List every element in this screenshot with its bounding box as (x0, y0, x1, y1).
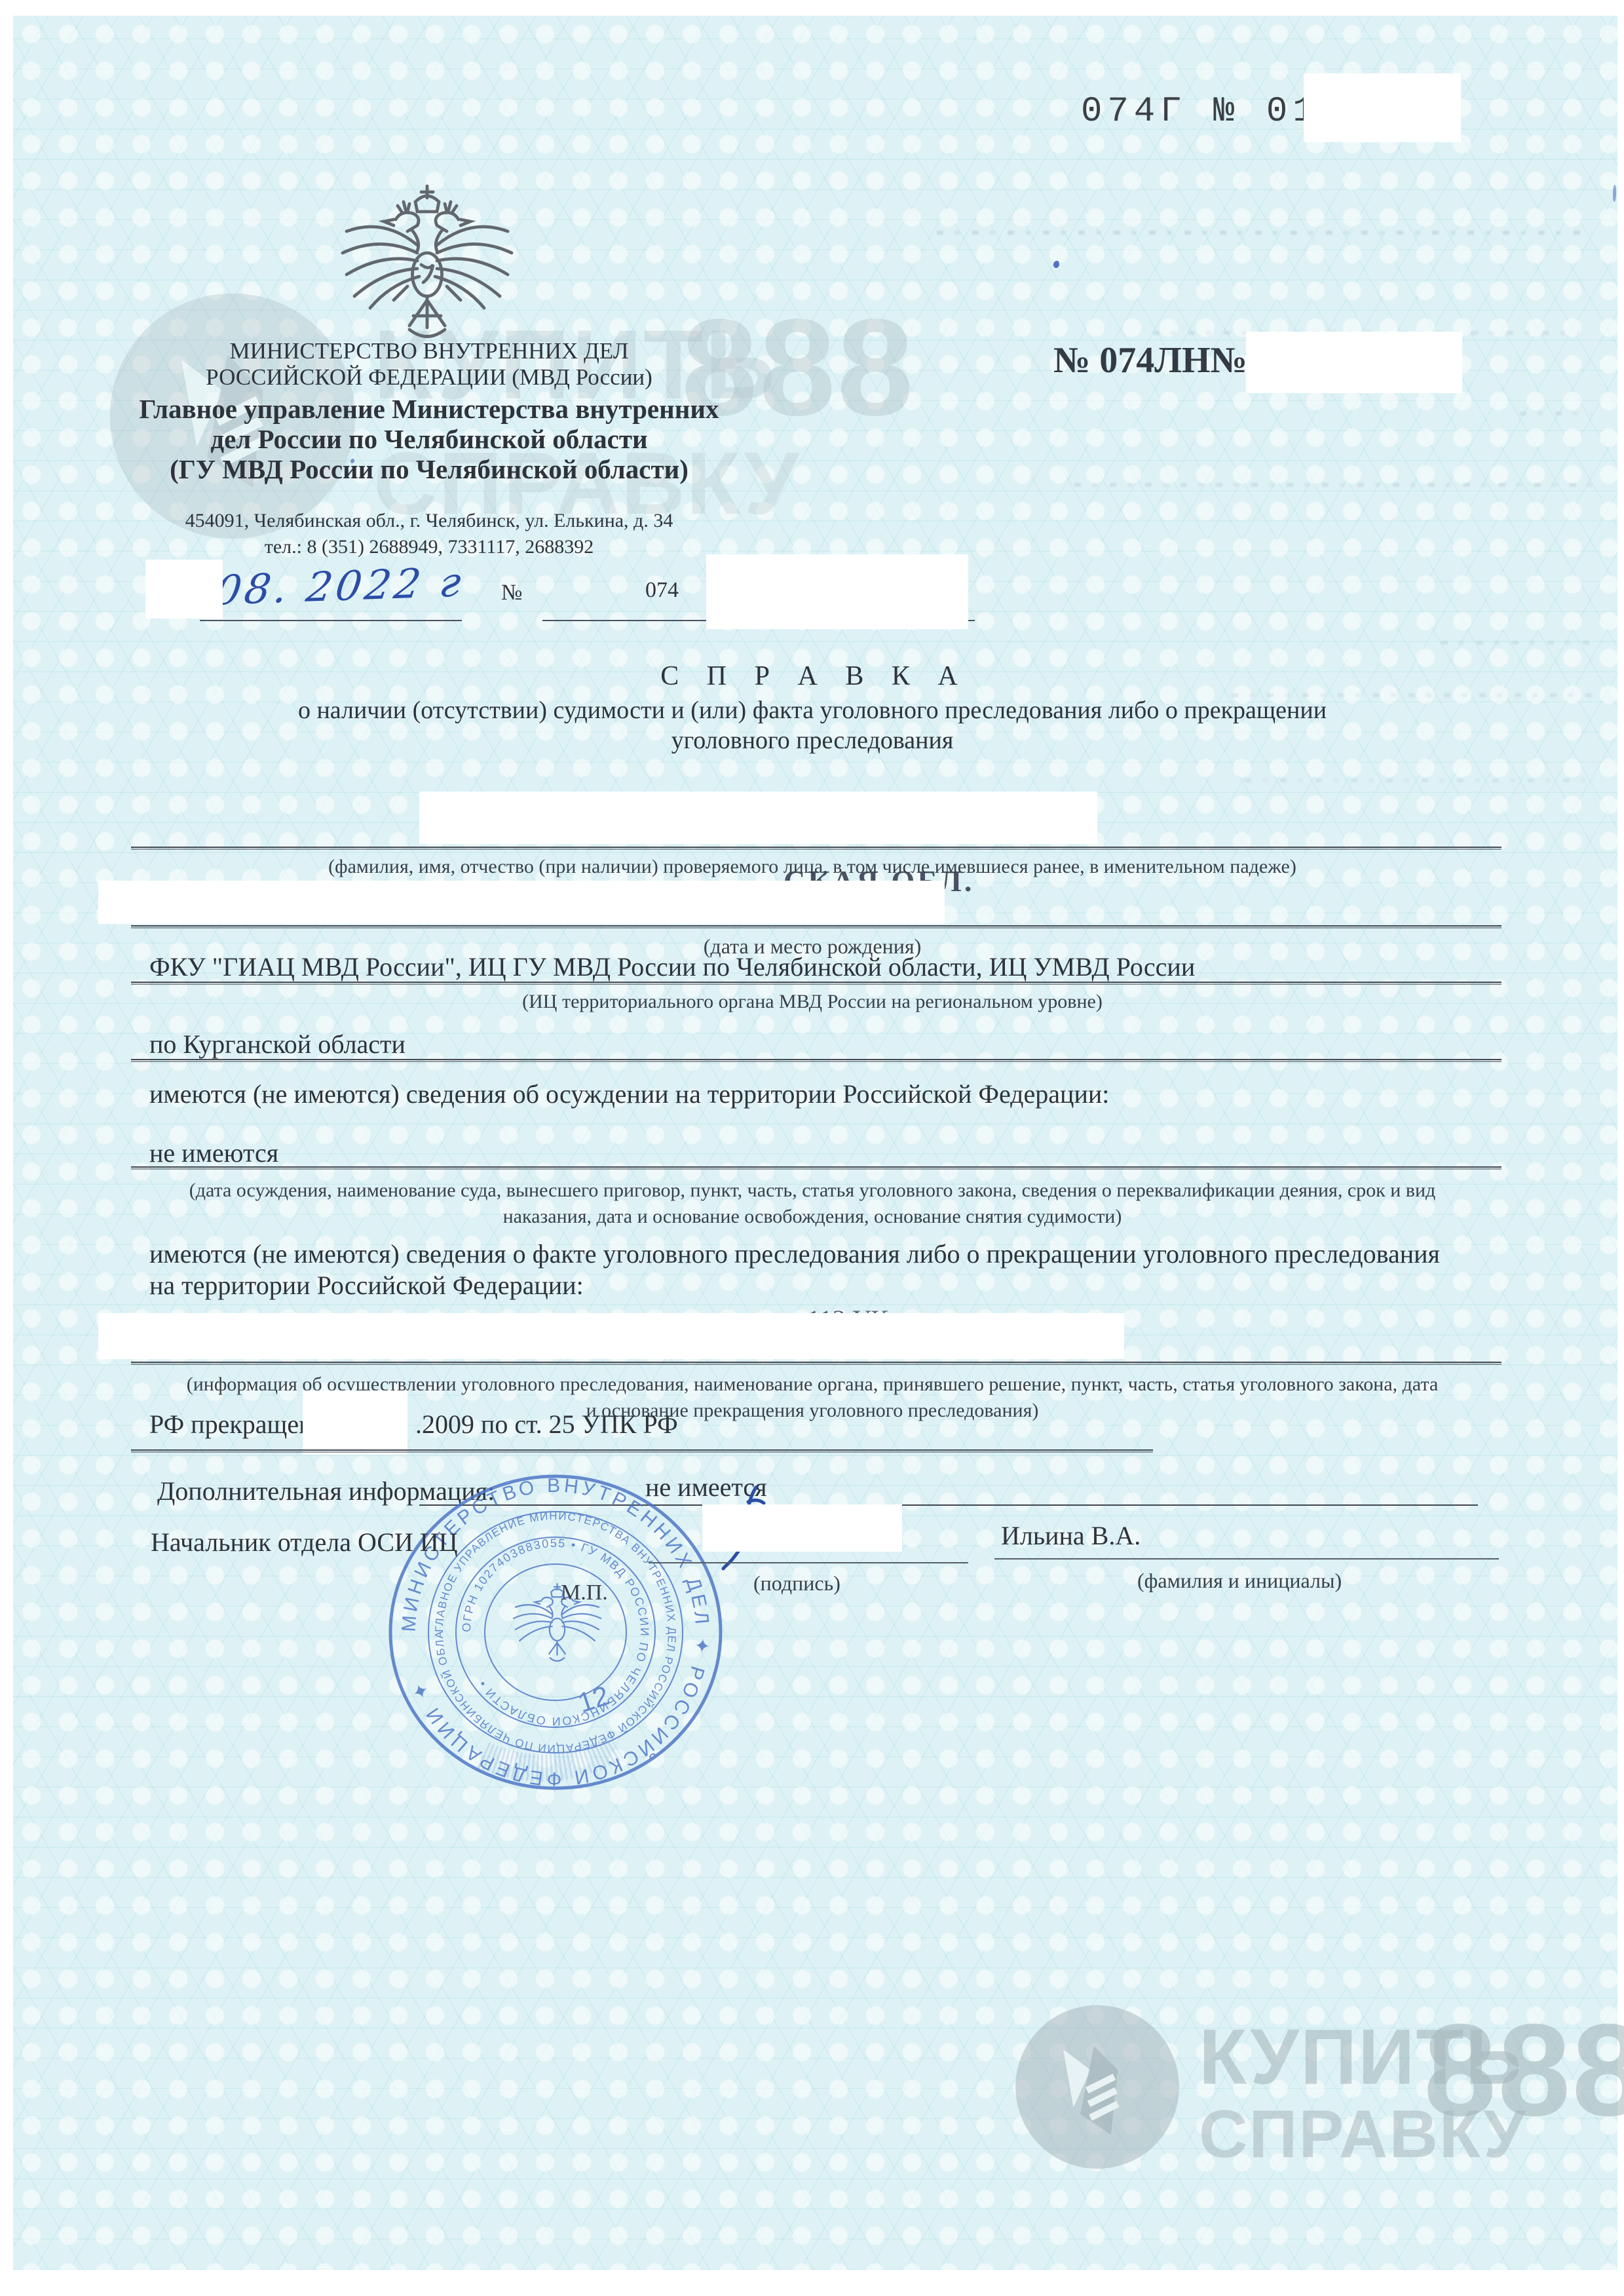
chief-name: Ильина В.А. (1001, 1520, 1141, 1551)
ghost-text-row (1245, 778, 1598, 782)
conviction-caption-line1: (дата осуждения, наименование суда, выне… (124, 1179, 1500, 1202)
redaction-box (1246, 332, 1462, 393)
document-subtitle-line1: о наличии (отсутствии) судимости и (или)… (124, 696, 1500, 725)
gu-name-line2: дел России по Челябинской области (105, 423, 753, 455)
conviction-question: имеются (не имеются) сведения об осужден… (149, 1079, 1109, 1109)
number-sign-label: № (501, 581, 522, 605)
field-rule (131, 1449, 1153, 1453)
gu-name-line1: Главное управление Министерства внутренн… (105, 393, 753, 425)
region-line: по Курганской области (149, 1029, 406, 1060)
conviction-caption-line2: наказания, дата и основание освобождения… (124, 1206, 1500, 1228)
ghost-text-row (1520, 411, 1592, 415)
mp-label: М.П. (561, 1580, 608, 1605)
document-subtitle-line2: уголовного преследования (124, 726, 1500, 755)
gu-name-line3: (ГУ МВД России по Челябинской области) (105, 453, 753, 485)
mvd-eagle-emblem (329, 182, 525, 359)
field-rule (131, 847, 1501, 850)
watermark-number: 888 (1424, 1995, 1624, 2146)
redaction-box (706, 554, 968, 629)
redaction-box-name (419, 792, 1097, 844)
prosecution-question-line1: имеются (не имеются) сведения о факте уг… (149, 1238, 1440, 1269)
ministry-name-line2: РОССИЙСКОЙ ФЕДЕРАЦИИ (МВД России) (105, 364, 753, 391)
document-title: С П Р А В К А (487, 660, 1142, 692)
name-caption: (фамилия и инициалы) (1137, 1569, 1342, 1593)
ghost-text-row (1074, 483, 1592, 487)
ghost-text-row (937, 231, 1592, 235)
field-rule (131, 1166, 1501, 1170)
prosecution-question-line2: на территории Российской Федерации: (149, 1270, 584, 1301)
info-center-line: ФКУ "ГИАЦ МВД России", ИЦ ГУ МВД России … (149, 951, 1195, 982)
rf-terminated-prefix: РФ прекращено (149, 1409, 326, 1440)
watermark-logo-icon (1012, 2002, 1182, 2172)
redaction-box (1304, 73, 1461, 142)
signature-underline (649, 1562, 968, 1563)
redaction-box-signature (702, 1504, 902, 1552)
name-underline (994, 1558, 1499, 1559)
field-rule (131, 1059, 1501, 1062)
ghost-text-row (1441, 641, 1592, 645)
official-round-stamp: МИНИСТЕРСТВО ВНУТРЕННИХ ДЕЛ ✦ РОССИЙСКОЙ… (385, 1472, 726, 1793)
signature-caption: (подпись) (753, 1571, 840, 1596)
address-line1: 454091, Челябинская обл., г. Челябинск, … (105, 510, 753, 532)
handwritten-date: 08. 2022 г (212, 558, 468, 614)
rf-terminated-suffix: .2009 по ст. 25 УПК РФ (415, 1409, 678, 1440)
field-rule (131, 982, 1501, 985)
redaction-box (145, 560, 223, 619)
series-number: 074Г № 01 (1081, 92, 1319, 132)
ministry-name-line1: МИНИСТЕРСТВО ВНУТРЕННИХ ДЕЛ (105, 338, 753, 364)
field-rule (131, 1362, 1501, 1365)
outgoing-number: 074 (645, 578, 679, 603)
field-rule (131, 925, 1501, 928)
watermark-bottom: КУПИТЬ СПРАВКУ 888 (1012, 1985, 1602, 2189)
date-underline (200, 620, 462, 621)
redaction-box-prosecution (98, 1313, 1124, 1359)
redaction-box-birth (98, 881, 945, 924)
address-line2: тел.: 8 (351) 2688949, 7331117, 2688392 (105, 536, 753, 558)
info-center-caption: (ИЦ территориального органа МВД России н… (124, 991, 1500, 1013)
redaction-box (303, 1390, 407, 1455)
chief-title-label: Начальник отдела ОСИ ИЦ (151, 1527, 458, 1558)
scanned-certificate-page: КУПИТЬ 888 СПРАВКУ 074Г № 01 МИНИСТЕРСТВ… (0, 0, 1624, 2296)
conviction-answer: не имеются (149, 1138, 278, 1168)
